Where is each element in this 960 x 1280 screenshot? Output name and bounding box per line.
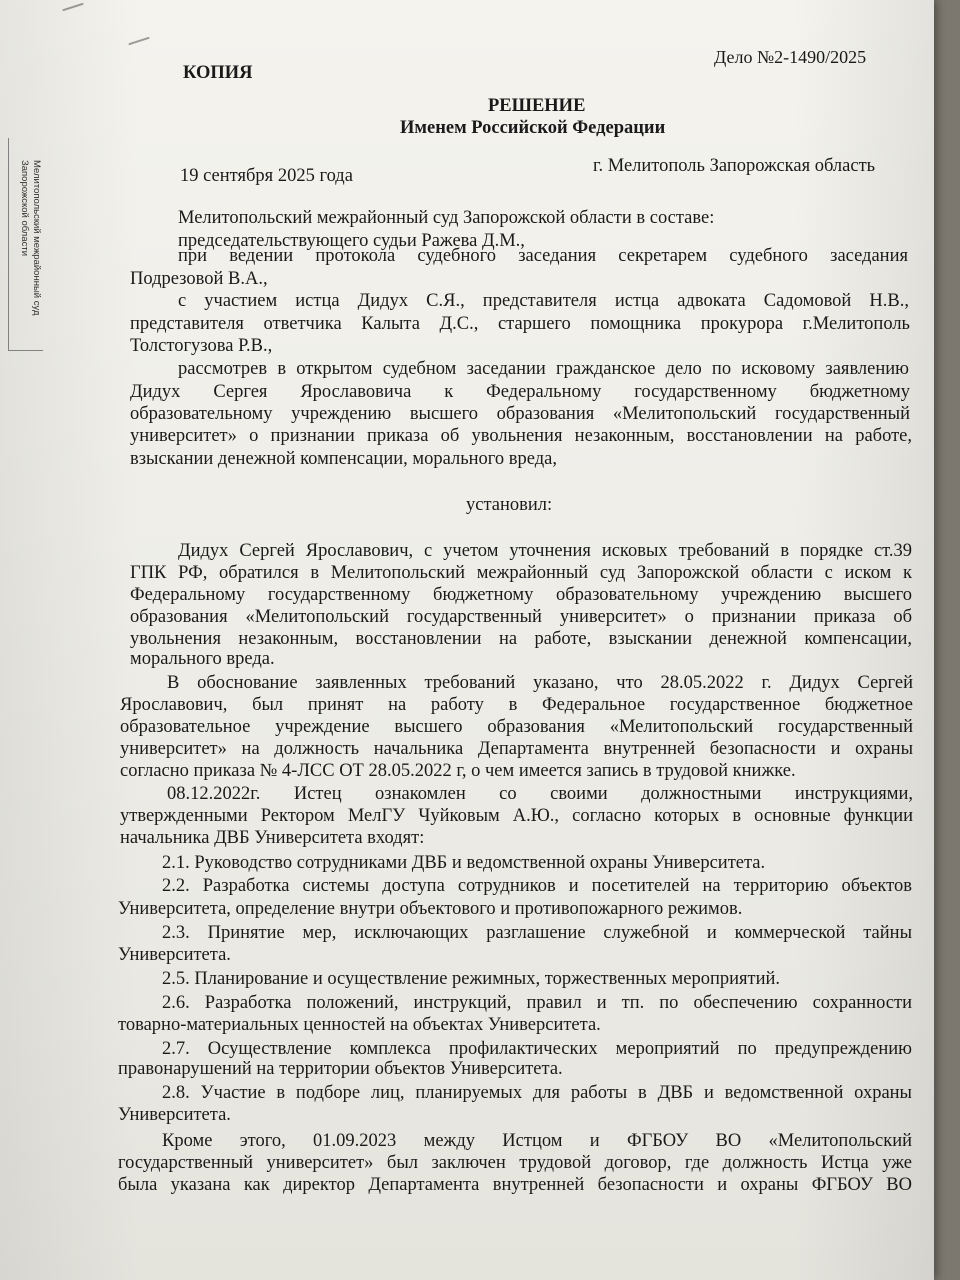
decision-place: г. Мелитополь Запорожская область — [593, 155, 875, 177]
copy-mark: КОПИЯ — [183, 62, 252, 84]
body-line: морального вреда. — [130, 648, 275, 670]
document-subtitle: Именем Российской Федерации — [400, 117, 665, 139]
body-line: 2.3. Принятие мер, исключающих разглашен… — [162, 922, 912, 944]
body-line: 2.5. Планирование и осуществление режимн… — [162, 968, 780, 990]
intro-line: Дидух Сергея Ярославовича к Федеральному… — [130, 381, 910, 403]
intro-line: с участием истца Дидух С.Я., представите… — [178, 290, 909, 312]
body-line: Дидух Сергей Ярославович, с учетом уточн… — [178, 540, 912, 562]
document-page: Мелитопольский межрайонный суд Запорожск… — [0, 0, 934, 1280]
decision-date: 19 сентября 2025 года — [180, 165, 353, 187]
stamp-line-2: Запорожской области — [18, 160, 30, 315]
body-line: Университета. — [118, 944, 231, 966]
section-heading: установил: — [466, 494, 552, 516]
body-line: образования «Мелитопольский государствен… — [130, 606, 912, 628]
intro-line: рассмотрев в открытом судебном заседании… — [178, 358, 909, 380]
body-line: Кроме этого, 01.09.2023 между Истцом и Ф… — [162, 1130, 912, 1152]
body-line: Федеральному государственному бюджетному… — [130, 584, 912, 606]
intro-line: Подрезовой В.А., — [130, 268, 268, 290]
intro-line: при ведении протокола судебного заседани… — [178, 245, 908, 267]
body-line: образовательное учреждение высшего образ… — [120, 716, 913, 738]
body-line: 2.7. Осуществление комплекса профилактич… — [162, 1038, 912, 1060]
body-line: правонарушений на территории объектов Ун… — [118, 1058, 563, 1080]
body-line: 2.6. Разработка положений, инструкций, п… — [162, 992, 912, 1014]
intro-line: представителя ответчика Калыта Д.С., ста… — [130, 313, 910, 335]
intro-line: университет» о признании приказа об увол… — [130, 425, 912, 447]
body-line: ГПК РФ, обратился в Мелитопольский межра… — [130, 562, 912, 584]
document-title: РЕШЕНИЕ — [488, 95, 585, 117]
body-line: Ярославович, был принят на работу в Феде… — [120, 694, 913, 716]
body-line: товарно-материальных ценностей на объект… — [118, 1014, 601, 1036]
body-line: университет» на должность начальника Деп… — [120, 738, 913, 760]
staple-mark — [62, 3, 84, 12]
case-number: Дело №2-1490/2025 — [714, 46, 866, 68]
staple-mark — [128, 37, 150, 46]
body-line: 08.12.2022г. Истец ознакомлен со своими … — [167, 783, 913, 805]
intro-line: Толстогузова Р.В., — [130, 335, 272, 357]
body-line: начальника ДВБ Университета входят: — [120, 827, 424, 849]
stamp-line-1: Мелитопольский межрайонный суд — [30, 160, 42, 315]
body-line: В обоснование заявленных требований указ… — [167, 672, 913, 694]
body-line: государственный университет» был заключе… — [118, 1152, 912, 1174]
body-line: согласно приказа № 4-ЛСС ОТ 28.05.2022 г… — [120, 760, 796, 782]
body-line: была указана как директор Департамента в… — [118, 1174, 912, 1196]
court-stamp-text: Мелитопольский межрайонный суд Запорожск… — [18, 160, 42, 315]
body-line: Университета, определение внутри объекто… — [118, 898, 742, 920]
body-line: 2.2. Разработка системы доступа сотрудни… — [162, 875, 912, 897]
body-line: увольнения незаконным, восстановлении на… — [130, 628, 912, 650]
intro-line: Мелитопольский межрайонный суд Запорожск… — [178, 207, 714, 229]
intro-line: образовательному учреждению высшего обра… — [130, 403, 910, 425]
body-line: 2.1. Руководство сотрудниками ДВБ и ведо… — [162, 852, 765, 874]
body-line: Университета. — [118, 1104, 231, 1126]
body-line: утвержденными Ректором МелГУ Чуйковым А.… — [120, 805, 913, 827]
intro-line: взыскании денежной компенсации, морально… — [130, 448, 557, 470]
body-line: 2.8. Участие в подборе лиц, планируемых … — [162, 1082, 912, 1104]
